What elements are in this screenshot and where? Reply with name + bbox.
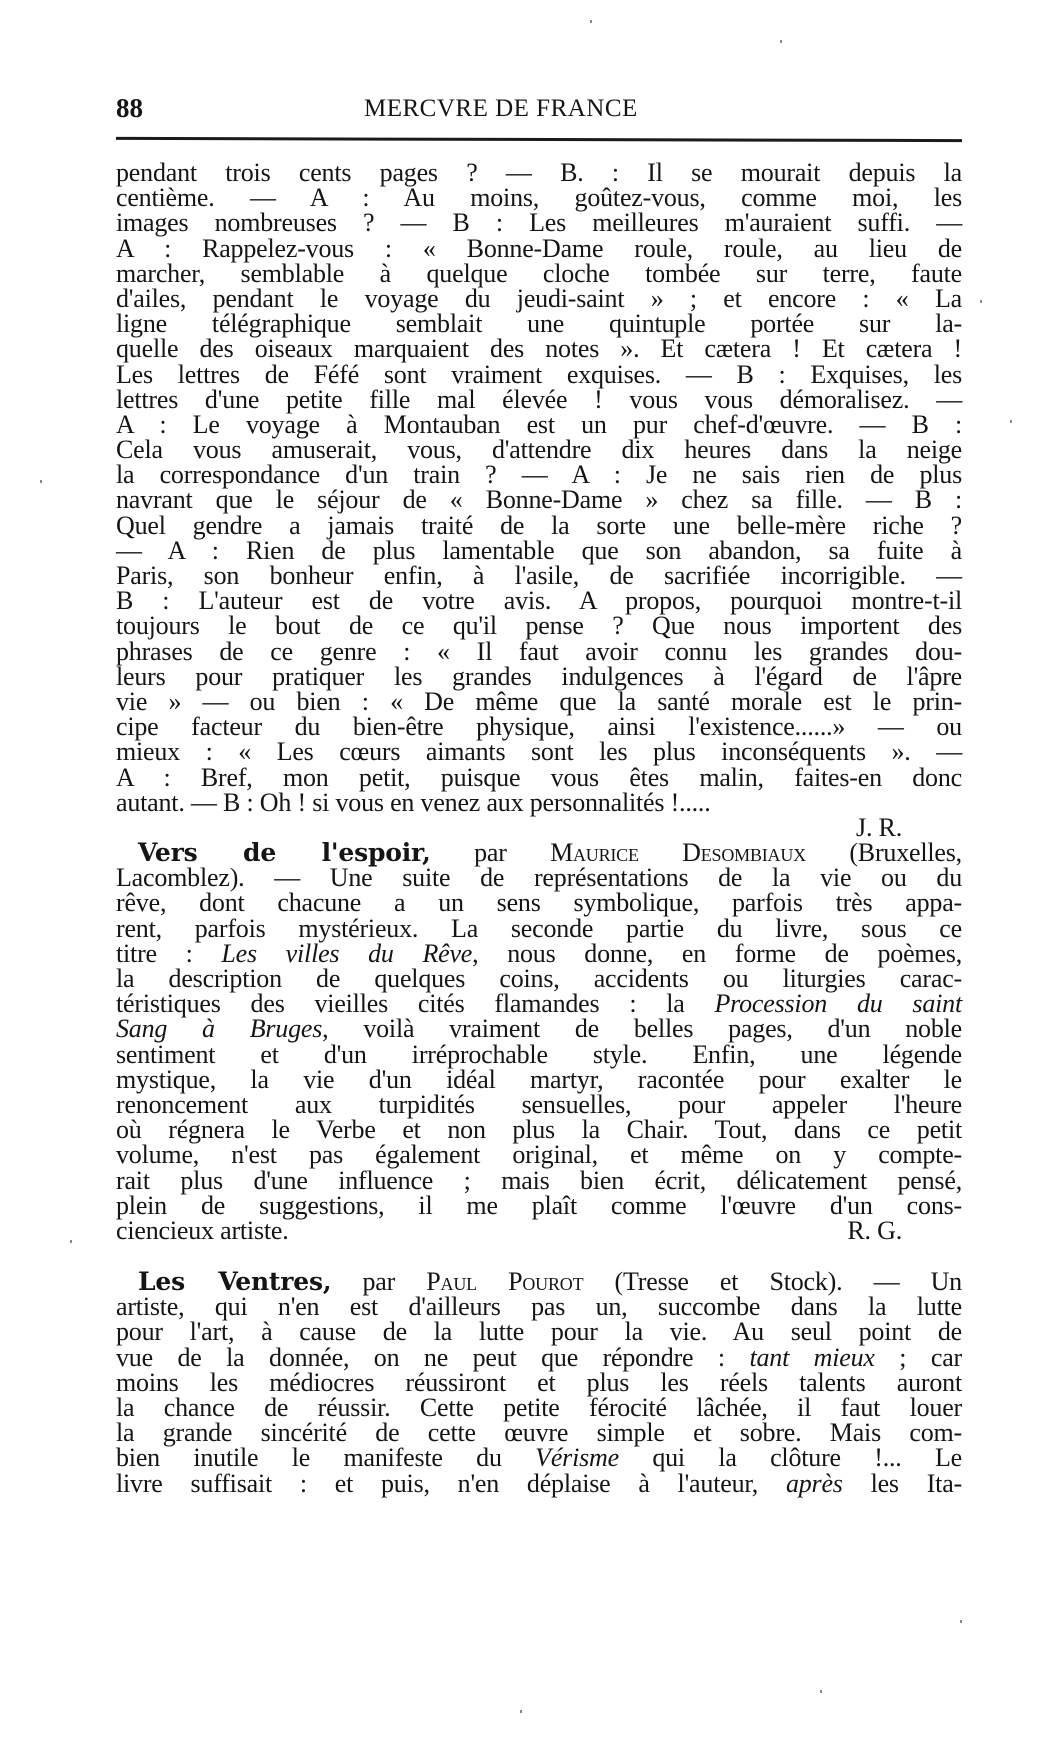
text-line: la grande sincérité de cette œuvre simpl… <box>116 1420 962 1445</box>
text-line: d'ailes, pendant le voyage du jeudi-sain… <box>116 286 962 311</box>
text-line: artiste, qui n'en est d'ailleurs pas un,… <box>116 1294 962 1319</box>
text-line: images nombreuses ? — B : Les meilleures… <box>116 210 962 235</box>
text-line: lettres d'une petite fille mal élevée ! … <box>116 387 962 412</box>
text-line: moins les médiocres réussiront et plus l… <box>116 1370 962 1395</box>
text-line: bien inutile le manifeste du Vérisme qui… <box>116 1445 962 1470</box>
body-text: pendant trois cents pages ? — B. : Il se… <box>116 160 962 1496</box>
signature-jr: J. R. <box>116 815 962 840</box>
text-line: volume, n'est pas également original, et… <box>116 1142 962 1167</box>
text-line: la description de quelques coins, accide… <box>116 966 962 991</box>
review-vers-de-lespoir: Vers de l'espoir, par Maurice Desombiaux… <box>116 840 962 1243</box>
text-line: rait plus d'une influence ; mais bien éc… <box>116 1168 962 1193</box>
text-line: rêve, dont chacune a un sens symbolique,… <box>116 890 962 915</box>
text-line: ligne télégraphique semblait une quintup… <box>116 311 962 336</box>
text-line: vie » — ou bien : « De même que la santé… <box>116 689 962 714</box>
page-number: 88 <box>116 93 143 124</box>
review-heading: Vers de l'espoir, par Maurice Desombiaux… <box>116 840 962 865</box>
text-line: quelle des oiseaux marquaient des notes … <box>116 336 962 361</box>
text-line: renoncement aux turpidités sensuelles, p… <box>116 1092 962 1117</box>
text-line: Lacomblez). — Une suite de représentatio… <box>116 865 962 890</box>
text-line: phrases de ce genre : « Il faut avoir co… <box>116 639 962 664</box>
text-line: Paris, son bonheur enfin, à l'asile, de … <box>116 563 962 588</box>
text-line: Sang à Bruges, voilà vraiment de belles … <box>116 1016 962 1041</box>
text-line: livre suffisait : et puis, n'en déplaise… <box>116 1471 962 1496</box>
review-body: sentiment et d'un irréprochable style. E… <box>116 1042 962 1218</box>
text-line: sentiment et d'un irréprochable style. E… <box>116 1042 962 1067</box>
text-line: plein de suggestions, il me plaît comme … <box>116 1193 962 1218</box>
text-line: titre : Les villes du Rêve, nous donne, … <box>116 941 962 966</box>
text-line: pour l'art, à cause de la lutte pour la … <box>116 1319 962 1344</box>
text-line: téristiques des vieilles cités flamandes… <box>116 991 962 1016</box>
text-line: où régnera le Verbe et non plus la Chair… <box>116 1117 962 1142</box>
signature-rg: R. G. <box>847 1218 902 1243</box>
text-line: Cela vous amuserait, vous, d'attendre di… <box>116 437 962 462</box>
journal-title: MERCVRE DE FRANCE <box>364 95 638 123</box>
text-span: les Ita- <box>843 1469 962 1498</box>
review-heading: Les Ventres, par Paul Pourot (Tresse et … <box>116 1269 962 1294</box>
text-line: mieux : « Les cœurs aimants sont les plu… <box>116 739 962 764</box>
text-line: A : Le voyage à Montauban est un pur che… <box>116 412 962 437</box>
text-line: leurs pour pratiquer les grandes indulge… <box>116 664 962 689</box>
italic-word: après <box>786 1469 843 1498</box>
text-line: rent, parfois mystérieux. La seconde par… <box>116 916 962 941</box>
header-rule <box>116 137 962 142</box>
book-page: 88 MERCVRE DE FRANCE pendant trois cents… <box>0 0 1048 1744</box>
text-line: Les lettres de Féfé sont vraiment exquis… <box>116 362 962 387</box>
text-line: A : Rappelez-vous : « Bonne-Dame roule, … <box>116 236 962 261</box>
text-line: — A : Rien de plus lamentable que son ab… <box>116 538 962 563</box>
dialogue-section: pendant trois cents pages ? — B. : Il se… <box>116 160 962 815</box>
text-line: mystique, la vie d'un idéal martyr, raco… <box>116 1067 962 1092</box>
text-span: ciencieux artiste. <box>116 1216 289 1245</box>
text-line-with-signature: ciencieux artiste.R. G. <box>116 1218 962 1243</box>
text-line: autant. — B : Oh ! si vous en venez aux … <box>116 790 962 815</box>
text-span: livre suffisait : et puis, n'en déplaise… <box>116 1469 786 1498</box>
review-les-ventres: Les Ventres, par Paul Pourot (Tresse et … <box>116 1269 962 1496</box>
text-line: B : L'auteur est de votre avis. A propos… <box>116 588 962 613</box>
text-line: cipe facteur du bien-être physique, ains… <box>116 714 962 739</box>
text-line: toujours le bout de ce qu'il pense ? Que… <box>116 613 962 638</box>
running-head: 88 MERCVRE DE FRANCE <box>116 93 936 127</box>
text-line: la chance de réussir. Cette petite féroc… <box>116 1395 962 1420</box>
text-line: A : Bref, mon petit, puisque vous êtes m… <box>116 765 962 790</box>
text-line: vue de la donnée, on ne peut que répondr… <box>116 1345 962 1370</box>
text-line: navrant que le séjour de « Bonne-Dame » … <box>116 487 962 512</box>
text-line: pendant trois cents pages ? — B. : Il se… <box>116 160 962 185</box>
text-line: marcher, semblable à quelque cloche tomb… <box>116 261 962 286</box>
text-line: la correspondance d'un train ? — A : Je … <box>116 462 962 487</box>
text-line: Quel gendre a jamais traité de la sorte … <box>116 513 962 538</box>
text-line: centième. — A : Au moins, goûtez-vous, c… <box>116 185 962 210</box>
